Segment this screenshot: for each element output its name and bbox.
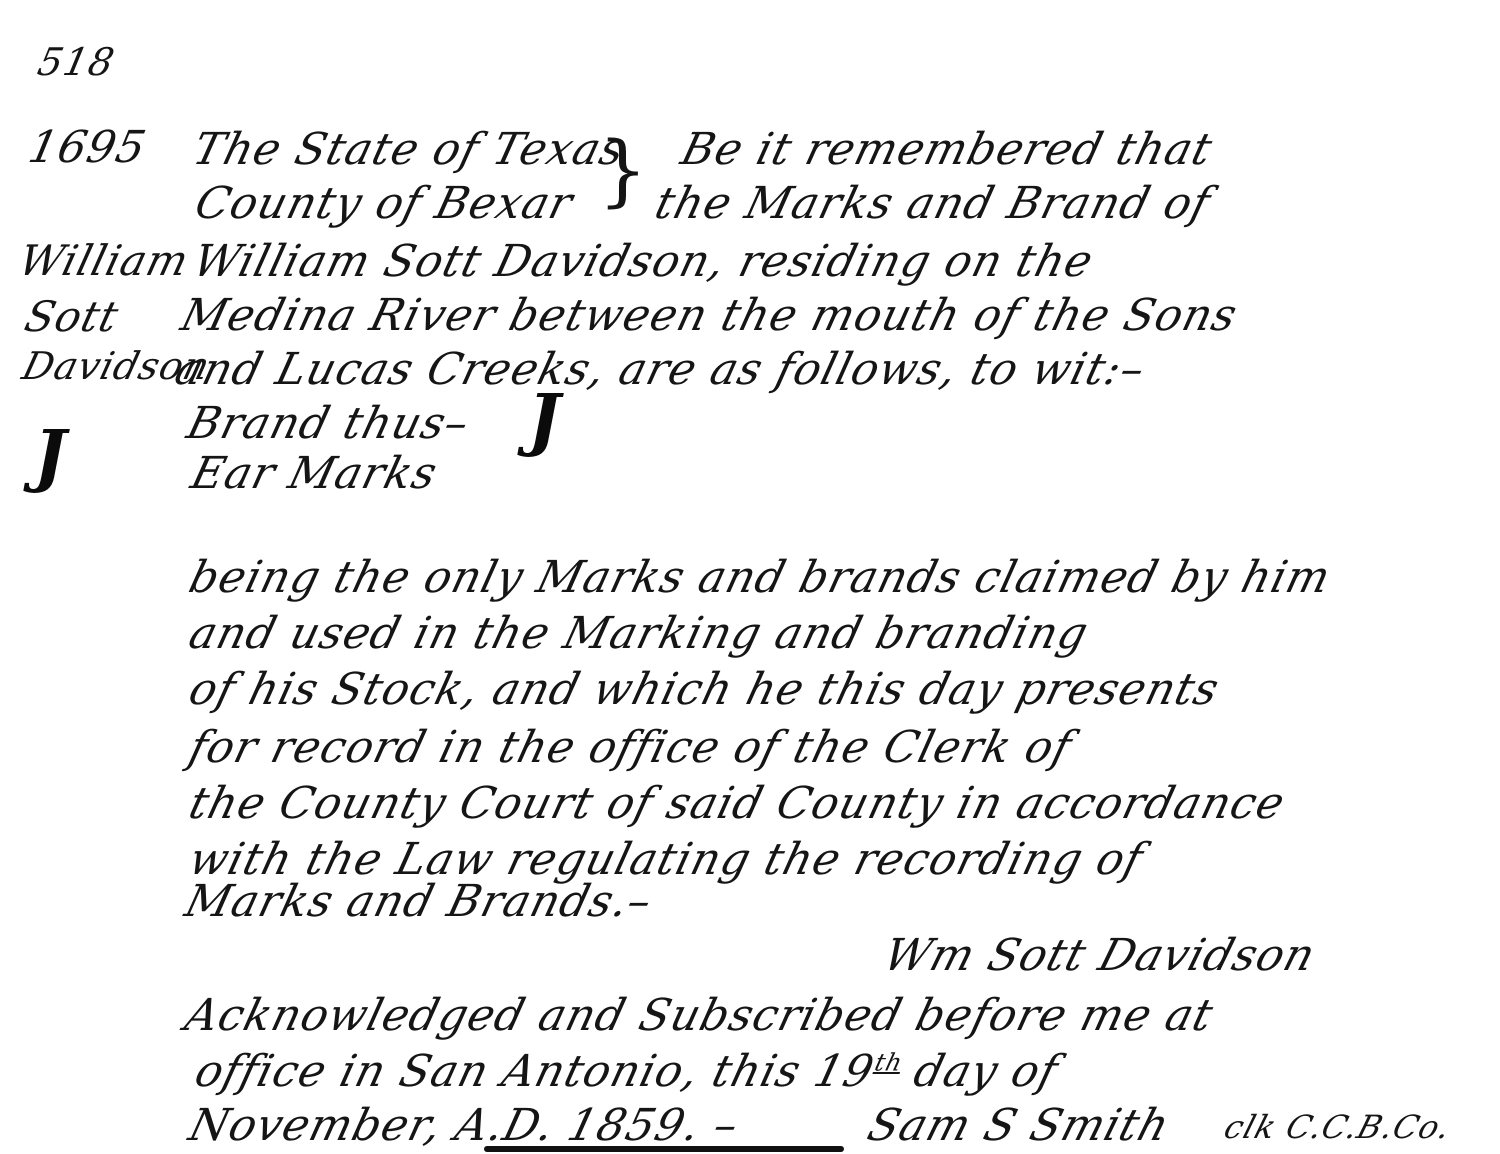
header-remembered: Be it remembered that xyxy=(676,124,1218,175)
header-brace: } xyxy=(598,132,648,210)
brand-label: Brand thus– xyxy=(182,398,475,449)
margin-name-first: William xyxy=(14,236,194,285)
header-marks-brand: the Marks and Brand of xyxy=(650,178,1216,229)
acknowledgment-place-date: office in San Antonio, this 19 xyxy=(190,1046,879,1097)
header-state: The State of Texas xyxy=(188,124,631,175)
header-county: County of Bexar xyxy=(190,178,578,229)
statement-line-3: of his Stock, and which he this day pres… xyxy=(184,664,1225,715)
brand-symbol: J xyxy=(528,386,560,454)
body-line-3: and Lucas Creeks, are as follows, to wit… xyxy=(170,344,1151,395)
statement-line-1: being the only Marks and brands claimed … xyxy=(184,552,1336,603)
statement-line-2: and used in the Marking and branding xyxy=(184,608,1094,659)
statement-line-4: for record in the office of the Clerk of xyxy=(184,722,1077,773)
document-page: 518 1695 William Sott Davidson J The Sta… xyxy=(0,0,1500,1154)
ear-marks-label: Ear Marks xyxy=(186,448,443,499)
clerk-title: clk C.C.B.Co. xyxy=(1220,1108,1456,1146)
body-line-1: William Sott Davidson, residing on the xyxy=(188,236,1099,287)
clerk-signature: Sam S Smith xyxy=(862,1100,1176,1151)
statement-line-7: Marks and Brands.– xyxy=(180,876,658,927)
page-number: 518 xyxy=(34,40,119,84)
body-line-2: Medina River between the mouth of the So… xyxy=(176,290,1243,341)
bottom-rule xyxy=(484,1146,844,1152)
margin-brand-symbol: J xyxy=(34,422,66,490)
acknowledgment-line-1: Acknowledged and Subscribed before me at xyxy=(180,990,1219,1041)
acknowledgment-line-3: November, A.D. 1859. – xyxy=(184,1100,744,1151)
margin-name-middle: Sott xyxy=(20,292,124,341)
registrant-signature: Wm Sott Davidson xyxy=(878,930,1322,981)
statement-line-5: the County Court of said County in accor… xyxy=(184,778,1290,829)
record-number: 1695 xyxy=(24,122,151,173)
day-of: day of xyxy=(894,1046,1064,1097)
acknowledgment-line-2: office in San Antonio, this 19th day of xyxy=(190,1046,1064,1097)
